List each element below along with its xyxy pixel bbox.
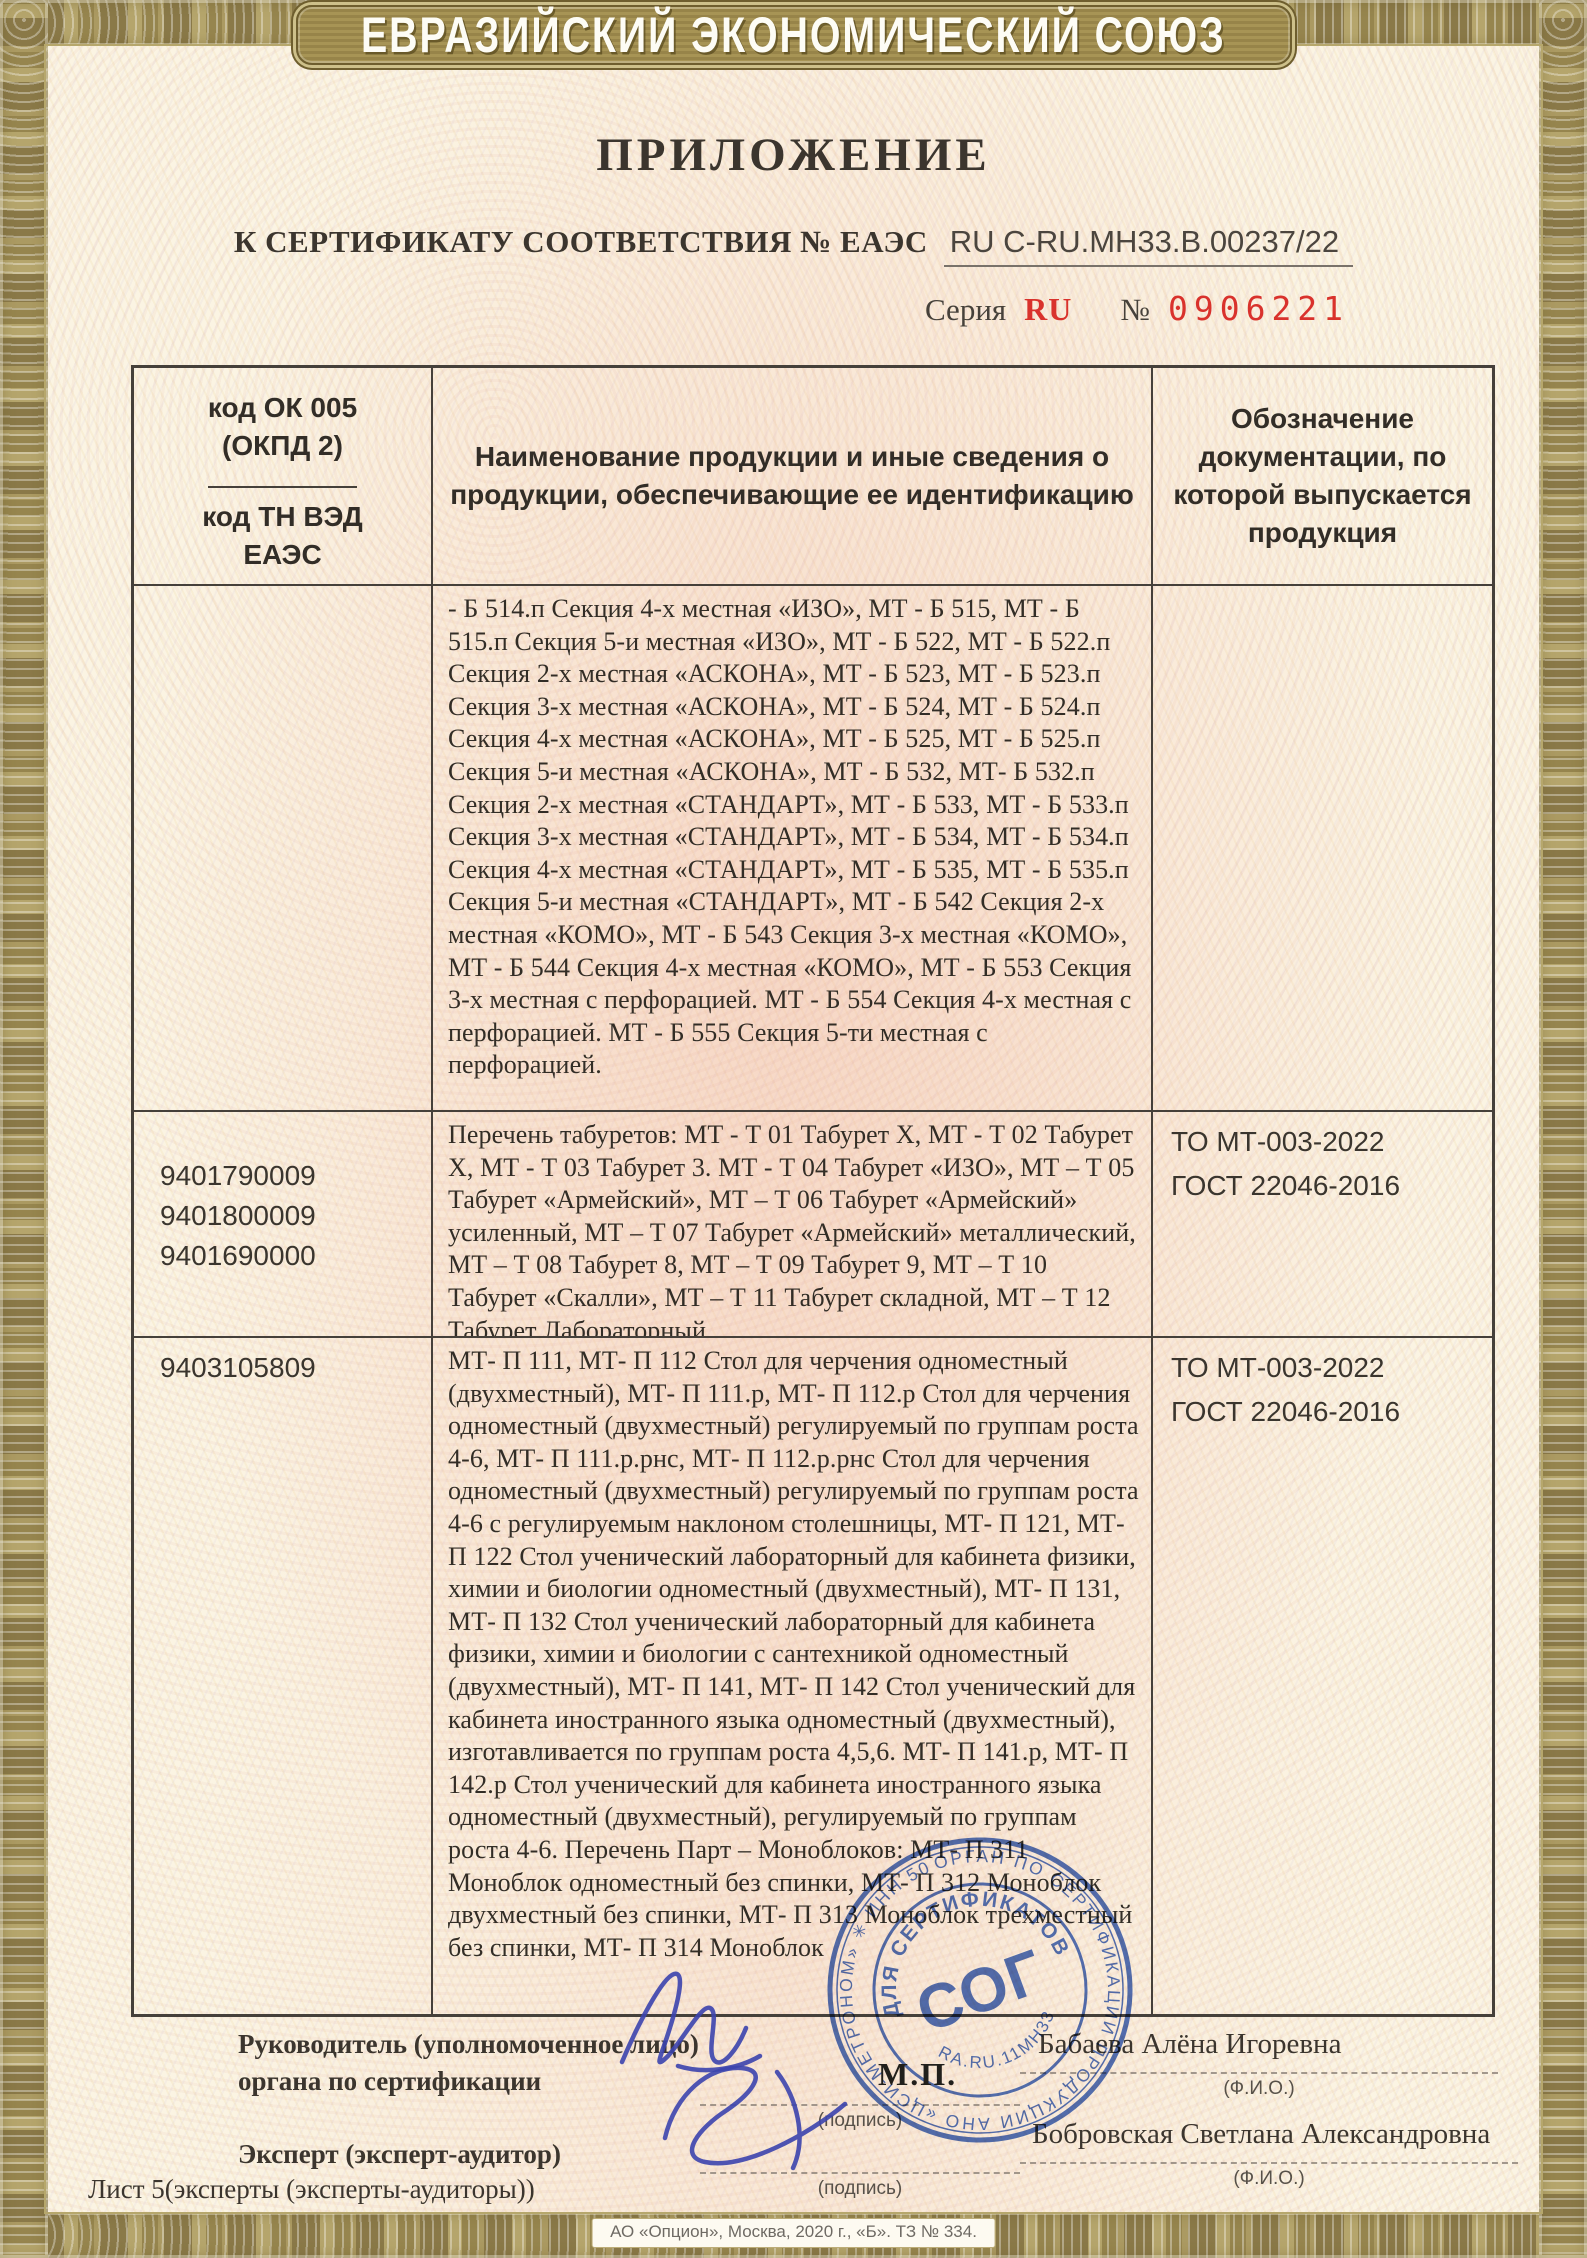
table-row2-product-name: Перечень табуретов: МТ - Т 01 Табурет Х,… (433, 1112, 1153, 1338)
border-ornament-left (0, 0, 48, 2258)
border-ornament-right (1539, 0, 1587, 2258)
certificate-number: RU C-RU.МН33.В.00237/22 (944, 224, 1353, 267)
table-header-documentation: Обозначение документации, по которой вып… (1153, 368, 1492, 586)
table-header-okpd: код ОК 005 (ОКПД 2) (208, 368, 357, 488)
table-row1-documentation (1153, 586, 1492, 1112)
series-line: Серия RU № 0906221 (925, 289, 1349, 328)
certificate-page: ЕВРАЗИЙСКИЙ ЭКОНОМИЧЕСКИЙ СОЮЗ ПРИЛОЖЕНИ… (0, 0, 1587, 2258)
table-row3-documentation: ТО МТ-003-2022 ГОСТ 22046-2016 (1153, 1338, 1492, 2014)
table-row1-product-name: - Б 514.п Секция 4-х местная «ИЗО», МТ -… (433, 586, 1153, 1112)
certificate-reference-line: К СЕРТИФИКАТУ СООТВЕТСТВИЯ № ЕАЭС RU C-R… (0, 224, 1587, 267)
blank-number: 0906221 (1168, 289, 1349, 328)
expert-signature-ink (655, 2058, 860, 2183)
table-header-product-name: Наименование продукции и иные сведения о… (433, 368, 1153, 586)
page-title: ПРИЛОЖЕНИЕ (0, 128, 1587, 182)
table-header-tnved: код ТН ВЭД ЕАЭС (202, 488, 362, 584)
number-sign: № (1120, 292, 1150, 328)
mp-seal-label: М.П. (878, 2056, 957, 2093)
expert-label: Эксперт (эксперт-аудитор) (238, 2136, 561, 2173)
sheet-experts-label: Лист 5(эксперты (эксперты-аудиторы)) (88, 2174, 535, 2205)
certificate-subtitle: К СЕРТИФИКАТУ СООТВЕТСТВИЯ № ЕАЭС (234, 224, 928, 260)
products-table: код ОК 005 (ОКПД 2) код ТН ВЭД ЕАЭС Наим… (131, 365, 1495, 2017)
table-row1-codes (134, 586, 433, 1112)
series-label: Серия (925, 292, 1006, 328)
series-value: RU (1024, 291, 1072, 328)
table-header-codes: код ОК 005 (ОКПД 2) код ТН ВЭД ЕАЭС (134, 368, 433, 586)
eaeu-banner-title: ЕВРАЗИЙСКИЙ ЭКОНОМИЧЕСКИЙ СОЮЗ (361, 6, 1226, 63)
table-row2-documentation: ТО МТ-003-2022 ГОСТ 22046-2016 (1153, 1112, 1492, 1338)
eaeu-banner: ЕВРАЗИЙСКИЙ ЭКОНОМИЧЕСКИЙ СОЮЗ (296, 5, 1292, 65)
table-row3-codes: 9403105809 (134, 1338, 433, 2014)
table-row2-codes: 9401790009 9401800009 9401690000 (134, 1112, 433, 1338)
printer-imprint: АО «Опцион», Москва, 2020 г., «Б». ТЗ № … (591, 2218, 996, 2248)
